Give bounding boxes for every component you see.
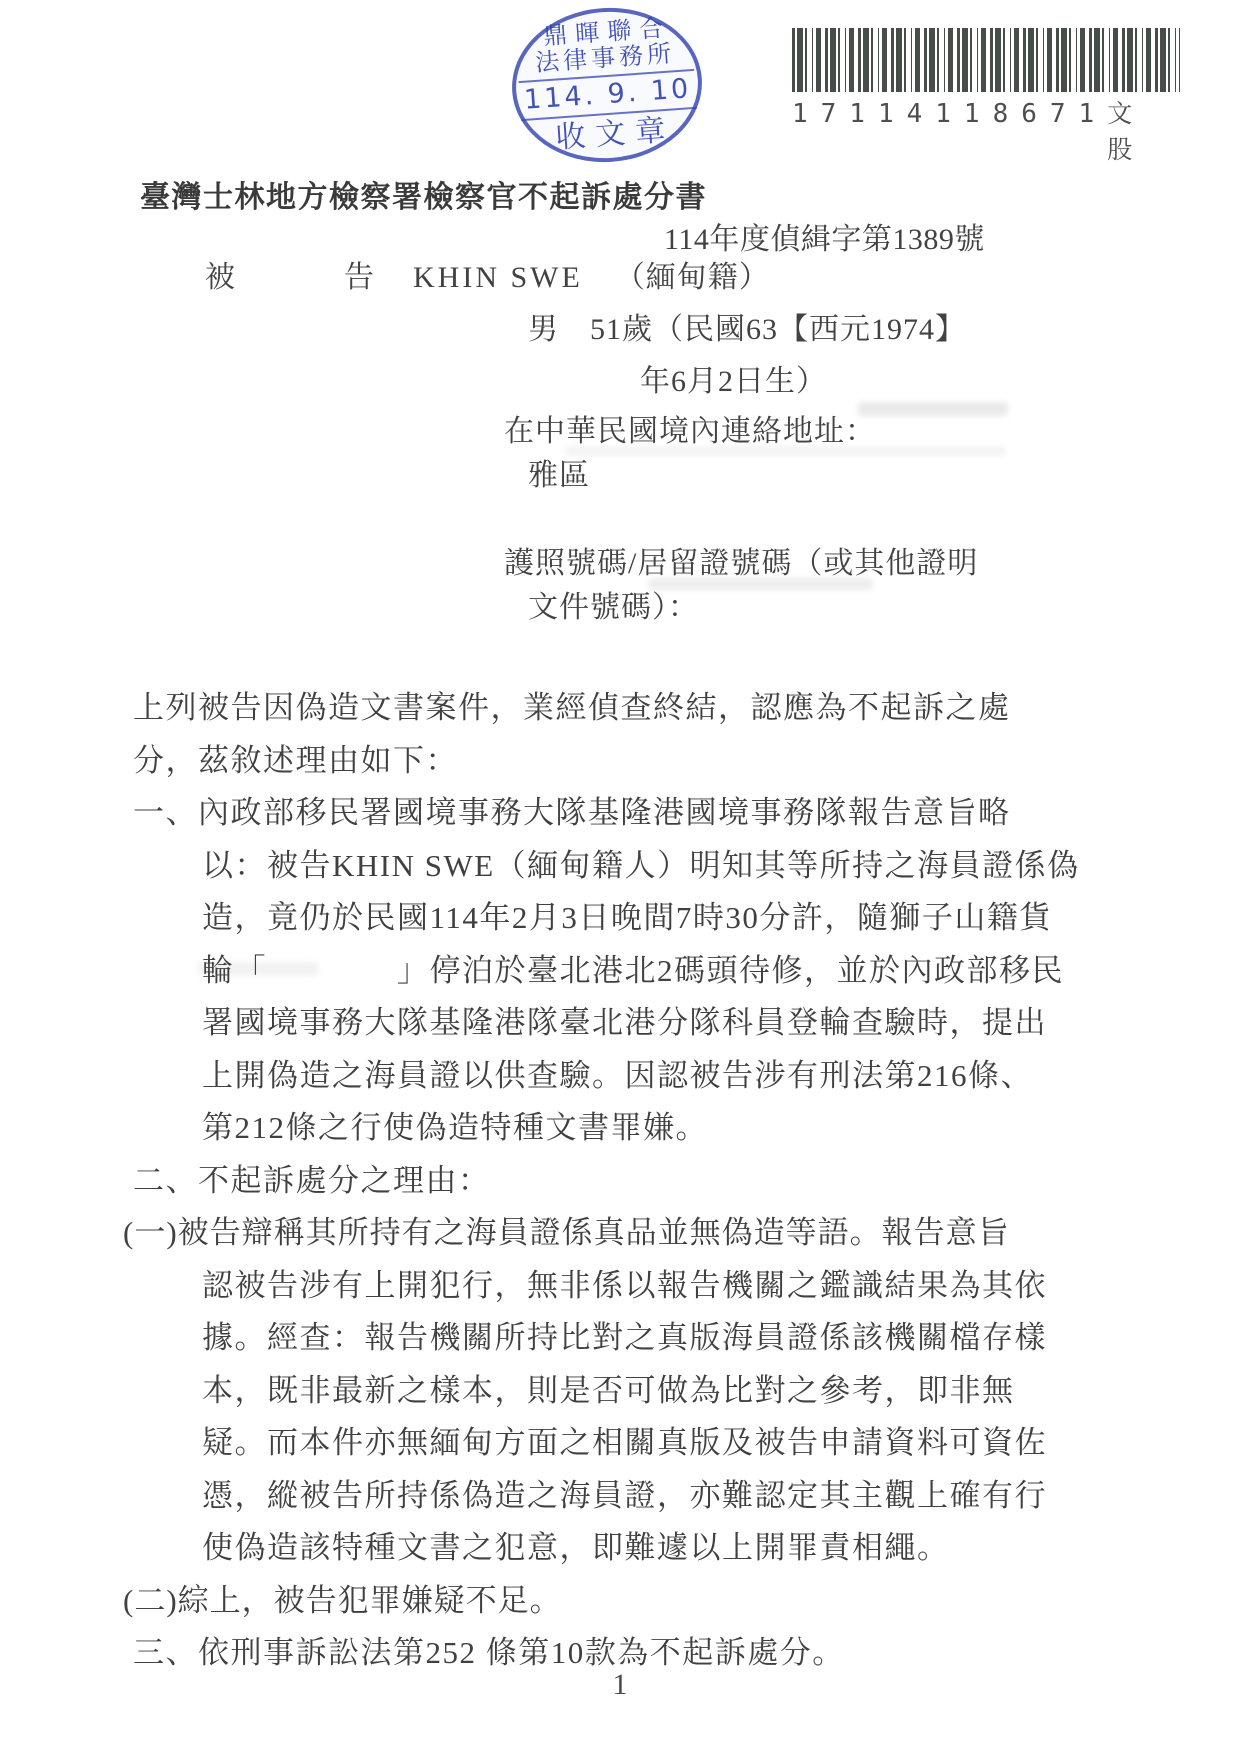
body-line: 造，竟仍於民國114年2月3日晚間7時30分許，隨獅子山籍貨: [133, 892, 1108, 945]
body-line: (一)被告辯稱其所持有之海員證係真品並無偽造等語。報告意旨: [123, 1207, 1108, 1260]
body-line: 二、不起訴處分之理由：: [133, 1155, 1108, 1208]
body-line: 上列被告因偽造文書案件，業經偵查終結，認應為不起訴之處: [133, 682, 1108, 735]
defendant-nationality: （緬甸籍）: [615, 261, 770, 294]
redaction-smudge: [648, 578, 873, 590]
defendant-address-partial: 雅區: [528, 450, 590, 494]
body-line: 憑，縱被告所持係偽造之海員證，亦難認定其主觀上確有行: [133, 1470, 1108, 1523]
body-line: 分，茲敘述理由如下：: [133, 735, 1108, 788]
body-line: 認被告涉有上開犯行，無非係以報告機關之鑑識結果為其依: [133, 1260, 1108, 1313]
document-title: 臺灣士林地方檢察署檢察官不起訴處分書: [140, 172, 707, 216]
defendant-role-line: 被告KHIN SWE（緬甸籍）: [205, 252, 770, 296]
defendant-role-char1: 被: [205, 261, 236, 294]
defendant-name: KHIN SWE: [413, 261, 583, 294]
page-number: 1: [0, 1668, 1240, 1702]
redaction-smudge: [566, 446, 1006, 456]
defendant-id-label-line1: 護照號碼/居留證號碼（或其他證明: [504, 538, 978, 582]
barcode: [792, 28, 1180, 92]
body-line: 上開偽造之海員證以供查驗。因認被告涉有刑法第216條、: [133, 1050, 1108, 1103]
body-line: 一、內政部移民署國境事務大隊基隆港國境事務隊報告意旨略: [133, 787, 1108, 840]
stamp-type-label: 收文章: [554, 112, 676, 156]
barcode-suffix: 文 股: [1107, 94, 1190, 166]
body-line: 輪「 」停泊於臺北港北2碼頭待修，並於內政部移民: [133, 945, 1108, 998]
body-line: 疑。而本件亦無緬甸方面之相關真版及被告申請資料可資佐: [133, 1417, 1108, 1470]
barcode-label: 17114118671 文 股: [792, 94, 1190, 166]
body-line: 使偽造該特種文書之犯意，即難遽以上開罪責相繩。: [133, 1522, 1108, 1575]
scanned-document-page: 鼎暉聯合 法律事務所 114. 9. 10 收文章 17114118671 文 …: [0, 0, 1240, 1755]
body-line: 第212條之行使偽造特種文書罪嫌。: [133, 1102, 1108, 1155]
document-body: 上列被告因偽造文書案件，業經偵查終結，認應為不起訴之處 分，茲敘述理由如下： 一…: [133, 682, 1108, 1680]
redaction-smudge: [858, 402, 1008, 416]
defendant-birth-date: 年6月2日生）: [640, 356, 827, 400]
body-line: (二)綜上，被告犯罪嫌疑不足。: [123, 1575, 1108, 1628]
defendant-address-label: 在中華民國境內連絡地址：: [504, 406, 876, 450]
body-line: 本，既非最新之樣本，則是否可做為比對之參考，即非無: [133, 1365, 1108, 1418]
defendant-sex-age: 男 51歲（民國63【西元1974】: [528, 304, 966, 348]
body-line: 以：被告KHIN SWE（緬甸籍人）明知其等所持之海員證係偽: [133, 840, 1108, 893]
defendant-role-char2: 告: [344, 261, 375, 294]
receipt-stamp: 鼎暉聯合 法律事務所 114. 9. 10 收文章: [507, 2, 707, 169]
body-line: 署國境事務大隊基隆港隊臺北港分隊科員登輪查驗時，提出: [133, 997, 1108, 1050]
body-line: 據。經查：報告機關所持比對之真版海員證係該機關檔存樣: [133, 1312, 1108, 1365]
barcode-digits: 17114118671: [792, 99, 1107, 129]
